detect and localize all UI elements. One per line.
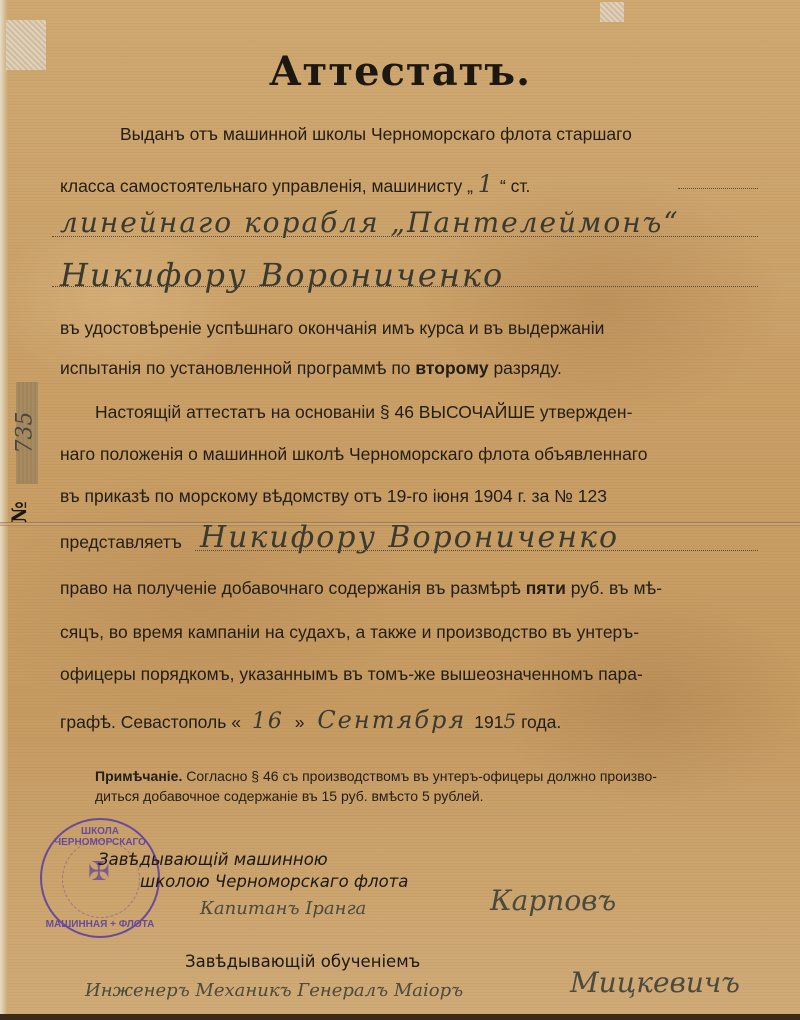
- body-line-3: въ удостовѣреніе успѣшнаго окончанія имъ…: [60, 318, 760, 339]
- body-line-2-suffix: “ ст.: [500, 176, 530, 196]
- training-head-signature: Мицкевичъ: [570, 966, 740, 999]
- rank-handwritten: 1: [478, 170, 495, 198]
- training-rank-handwritten: Инженеръ Механикъ Генералъ Маіоръ: [85, 980, 463, 1001]
- fill-line: [52, 236, 758, 237]
- fill-line: [678, 188, 758, 189]
- body-line-11: офицеры порядкомъ, указаннымъ въ томъ-же…: [60, 664, 760, 685]
- head-rank-handwritten: Капитанъ Іранга: [200, 898, 366, 919]
- head-signature: Карповъ: [490, 884, 616, 917]
- date-quote: »: [295, 712, 305, 732]
- head-title-line-1: Завѣдывающій машинною: [98, 850, 328, 869]
- grade-bold: второму: [415, 358, 488, 378]
- body-line-4: испытанія по установленной программѣ по …: [60, 358, 760, 379]
- date-month-handwritten: Сентября: [309, 706, 474, 734]
- body-line-10: сяцъ, во время кампаніи на судахъ, а так…: [60, 622, 760, 643]
- body-line-4-suffix: разряду.: [493, 358, 561, 378]
- body-line-9-suffix: руб. въ мѣ-: [571, 578, 662, 598]
- date-year-printed: 191: [474, 712, 503, 732]
- body-line-6: наго положенія о машинной школѣ Черномор…: [60, 444, 760, 465]
- date-place-prefix: графѣ. Севастополь «: [60, 712, 241, 732]
- document-title: Аттестатъ.: [0, 48, 800, 95]
- repair-tape: [600, 2, 624, 22]
- registration-number: 735: [13, 412, 38, 454]
- head-title-line-2: школою Черноморскаго флота: [140, 872, 408, 891]
- handwritten-recipient-name: Никифору Ворониченко: [60, 256, 504, 294]
- note-label: Примѣчаніе.: [95, 768, 182, 784]
- date-year-handwritten: 5: [503, 709, 516, 733]
- body-line-2: класса самостоятельнаго управленія, маши…: [60, 170, 760, 198]
- note-text-1: Согласно § 46 съ производствомъ въ унтер…: [186, 768, 657, 784]
- amount-bold: пяти: [526, 578, 566, 598]
- registration-number-sign: №: [7, 501, 31, 523]
- body-line-9: право на полученіе добавочнаго содержані…: [60, 578, 760, 599]
- date-day-handwritten: 16: [246, 709, 290, 734]
- fill-line: [52, 286, 758, 287]
- date-suffix: года.: [521, 712, 561, 732]
- body-line-8-prefix: представляетъ: [60, 532, 182, 552]
- body-line-9-prefix: право на полученіе добавочнаго содержані…: [60, 578, 521, 598]
- body-line-7: въ приказѣ по морскому вѣдомству отъ 19-…: [60, 486, 760, 507]
- body-line-1: Выданъ отъ машинной школы Черноморскаго …: [120, 124, 800, 145]
- body-line-5: Настоящій аттестатъ на основаніи § 46 ВЫ…: [95, 402, 795, 423]
- stamp-text-top: ШКОЛА ЧЕРНОМОРСКАГО: [42, 826, 158, 848]
- note-line-1: Примѣчаніе. Согласно § 46 съ производств…: [95, 768, 657, 784]
- handwritten-ship: линейнаго корабля „Пантелеймонъ“: [60, 206, 680, 239]
- body-line-2-prefix: класса самостоятельнаго управленія, маши…: [60, 176, 473, 196]
- stamp-text-bottom: МАШИННАЯ + ФЛОТА: [42, 919, 158, 930]
- note-line-2: диться добавочное содержаніе въ 15 руб. …: [95, 788, 484, 804]
- training-head-title: Завѣдывающій обученіемъ: [185, 952, 420, 971]
- fill-line: [195, 550, 758, 551]
- body-line-12: графѣ. Севастополь « 16 » Сентября1915 г…: [60, 706, 760, 734]
- paper-bottom-edge: [0, 1014, 800, 1020]
- body-line-4-prefix: испытанія по установленной программѣ по: [60, 358, 411, 378]
